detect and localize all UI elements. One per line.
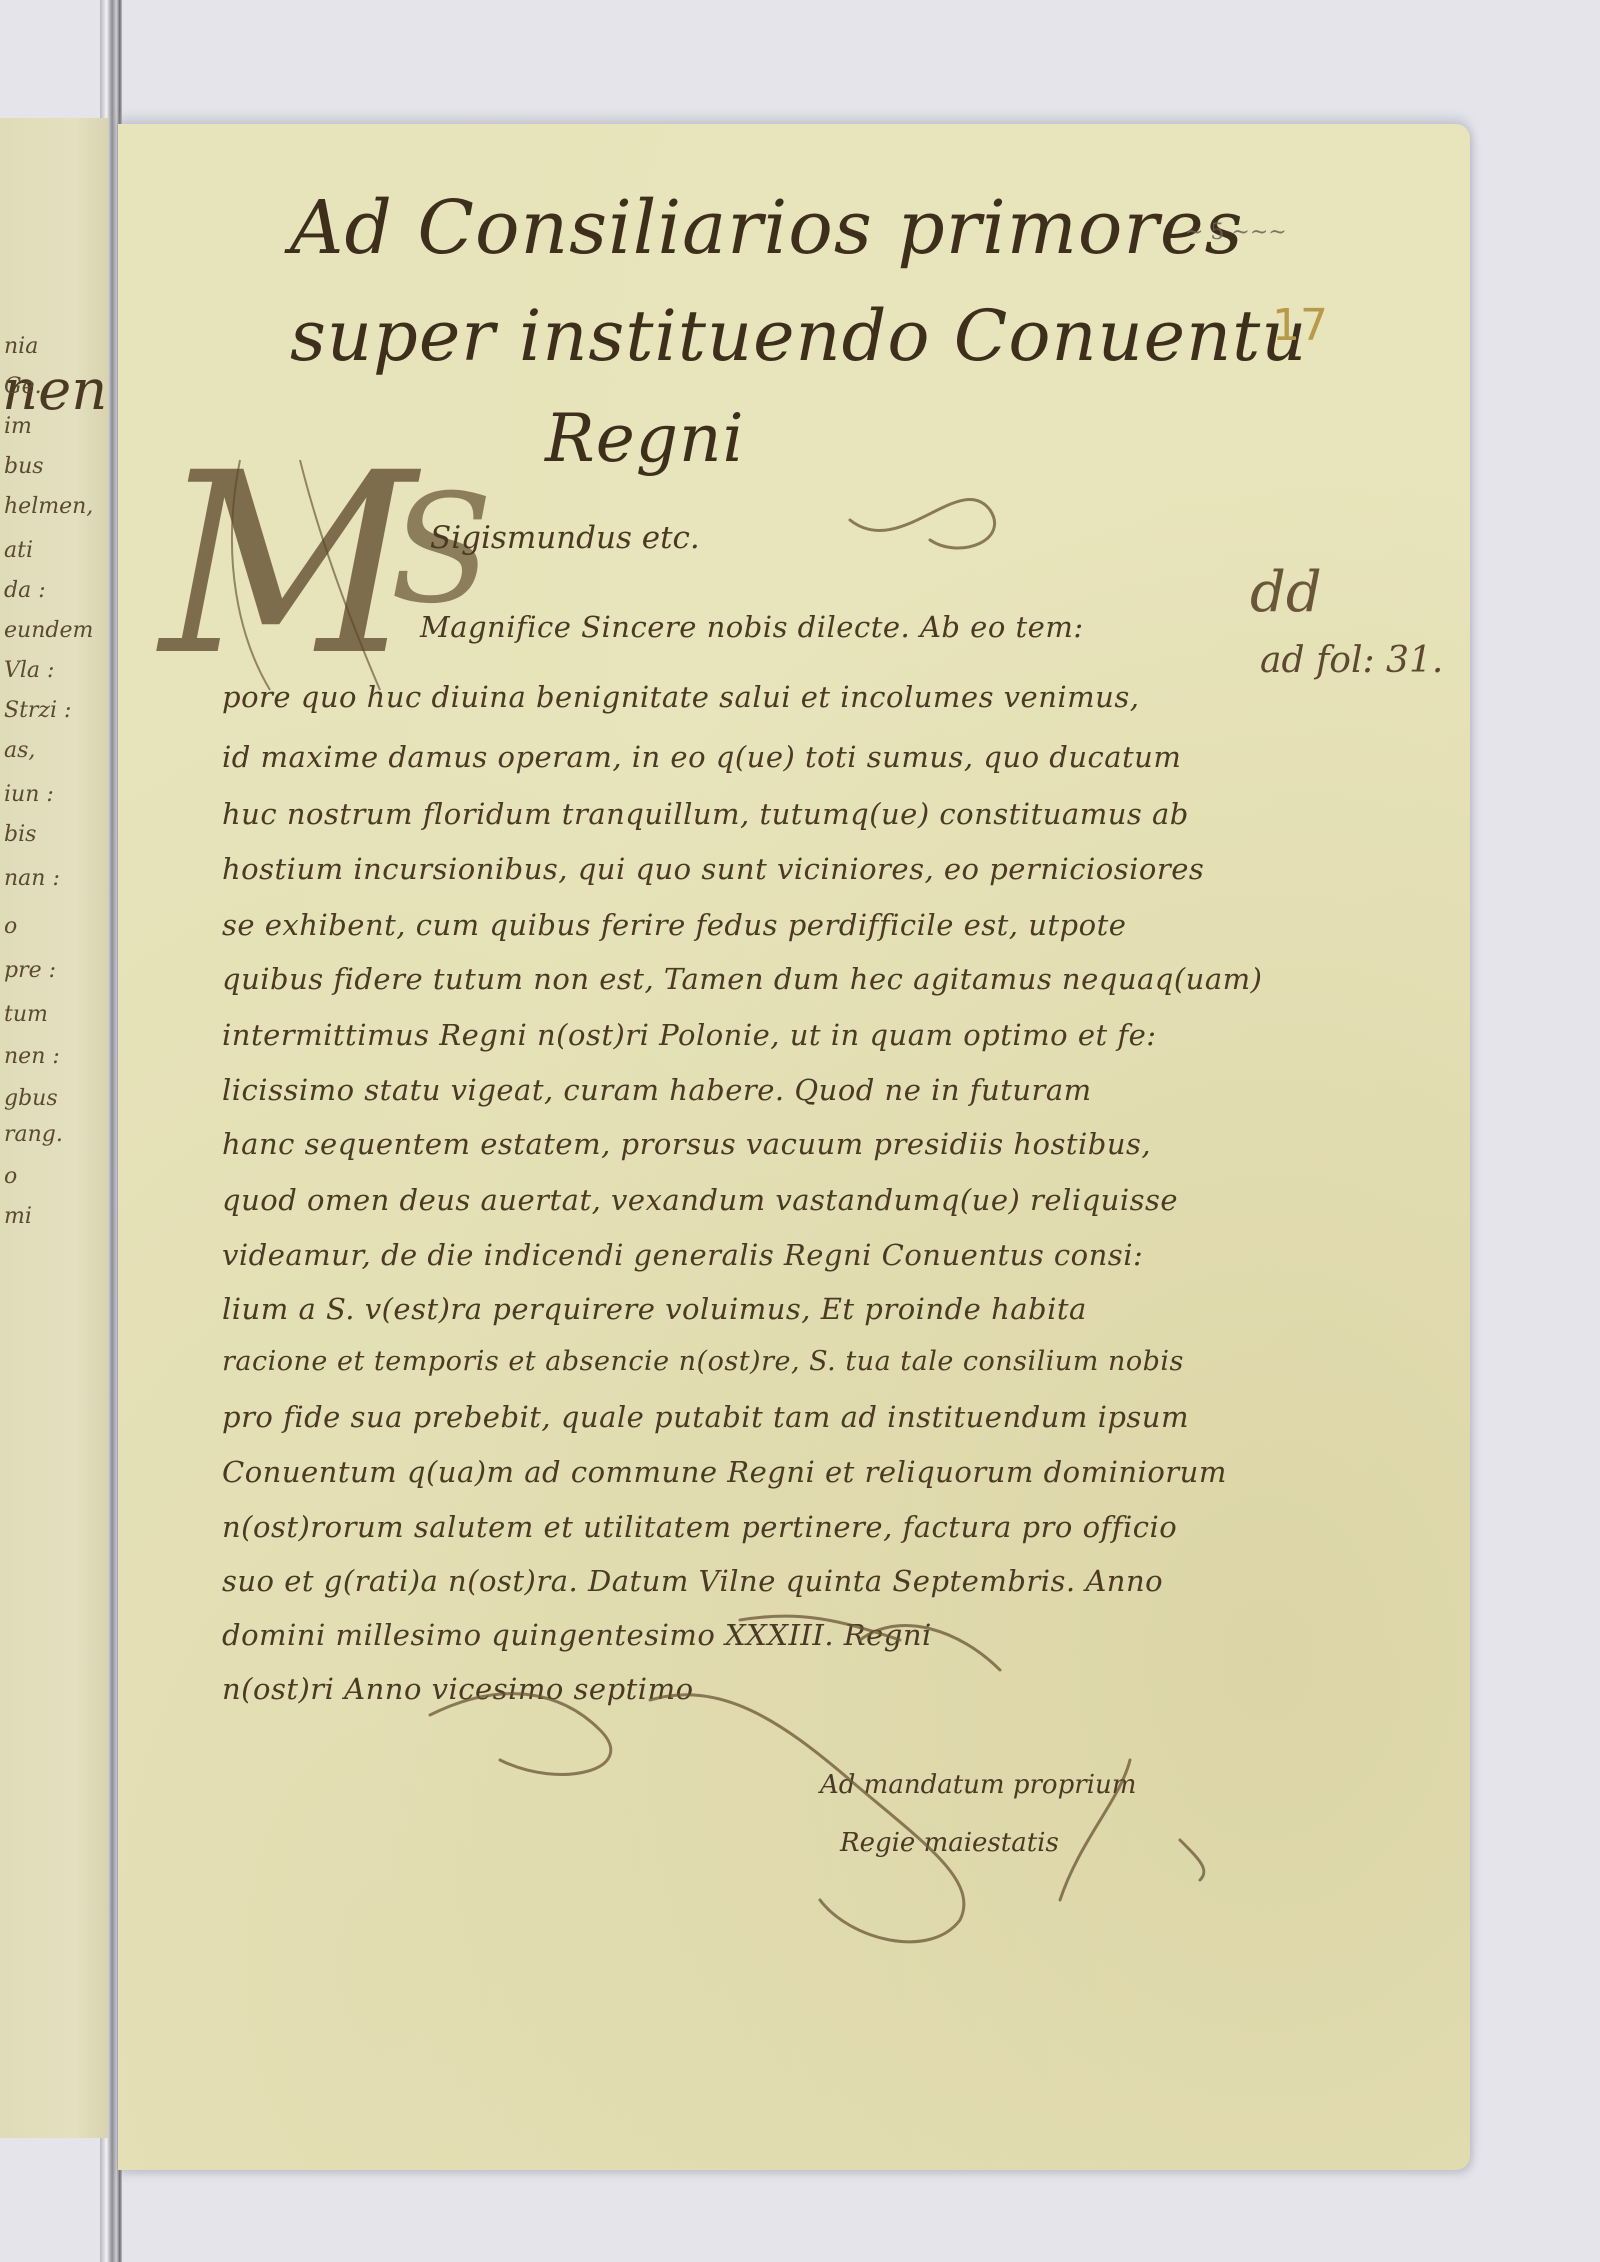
top-margin-smudge: ~ 5 ~~~ (1185, 220, 1287, 245)
left-page-line: nan : (4, 866, 60, 891)
left-page-line: ati (4, 538, 33, 563)
subscription-line-2: Regie maiestatis (840, 1828, 1059, 1858)
body-line: suo et g(rati)a n(ost)ra. Datum Vilne qu… (222, 1564, 1163, 1598)
body-line: pro fide sua prebebit, quale putabit tam… (222, 1400, 1189, 1434)
left-page-line: Ge. (4, 374, 42, 399)
left-page-line: o (4, 914, 17, 939)
body-line: quod omen deus auertat, vexandum vastand… (222, 1183, 1178, 1217)
body-line: hanc sequentem estatem, prorsus vacuum p… (222, 1127, 1151, 1161)
left-page-line: rang. (4, 1122, 63, 1147)
left-page-line: helmen, (4, 494, 93, 519)
left-page-line: Strzi : (4, 698, 71, 723)
left-page-line: tum (4, 1002, 48, 1027)
salutation: Sigismundus etc. (430, 520, 700, 556)
left-page-line: da : (4, 578, 46, 603)
left-page-line: eundem (4, 618, 93, 643)
body-line: intermittimus Regni n(ost)ri Polonie, ut… (222, 1018, 1157, 1052)
folio-number: 17 (1272, 300, 1328, 351)
subscription-line-1: Ad mandatum proprium (820, 1770, 1136, 1800)
body-line: pore quo huc diuina benignitate salui et… (222, 680, 1139, 714)
left-page-line: im (4, 414, 32, 439)
body-line: id maxime damus operam, in eo q(ue) toti… (222, 740, 1181, 774)
left-page-line: nen : (4, 1044, 60, 1069)
decorated-initial-m: M (160, 440, 416, 690)
left-page-line: mi (4, 1204, 32, 1229)
body-line: racione et temporis et absencie n(ost)re… (222, 1346, 1184, 1377)
body-line: n(ost)rorum salutem et utilitatem pertin… (222, 1510, 1177, 1544)
left-page-line: o (4, 1164, 17, 1189)
left-page-line: nia (4, 334, 38, 359)
left-page-line: as, (4, 738, 35, 763)
cross-reference-note: ad fol: 31. (1260, 640, 1443, 681)
body-line: licissimo statu vigeat, curam habere. Qu… (222, 1073, 1092, 1107)
body-line: hostium incursionibus, qui quo sunt vici… (222, 852, 1204, 886)
document-title-line-1: Ad Consiliarios primores (290, 185, 1244, 271)
left-page-line: bis (4, 822, 36, 847)
document-title-line-3: Regni (545, 400, 745, 477)
body-line: videamur, de die indicendi generalis Reg… (222, 1238, 1143, 1272)
cross-reference-mark: dd (1250, 560, 1322, 625)
left-facing-page: nen nia Ge. im bus helmen, ati da : eund… (0, 118, 108, 2138)
document-title-line-2: super instituendo Conuentu (290, 295, 1307, 377)
body-line: Conuentum q(ua)m ad commune Regni et rel… (222, 1455, 1227, 1489)
body-line: quibus fidere tutum non est, Tamen dum h… (222, 962, 1262, 996)
body-line: n(ost)ri Anno vicesimo septimo (222, 1672, 694, 1706)
body-line: lium a S. v(est)ra perquirere voluimus, … (222, 1292, 1087, 1326)
left-page-line: bus (4, 454, 44, 479)
left-page-line: Vla : (4, 658, 54, 683)
body-line: Magnifice Sincere nobis dilecte. Ab eo t… (420, 610, 1084, 644)
left-page-line: iun : (4, 782, 54, 807)
body-line: huc nostrum floridum tranquillum, tutumq… (222, 797, 1189, 831)
body-line: se exhibent, cum quibus ferire fedus per… (222, 908, 1126, 942)
body-line: domini millesimo quingentesimo XXXIII. R… (222, 1618, 932, 1652)
left-page-line: pre : (4, 958, 56, 983)
left-page-line: gbus (4, 1086, 58, 1111)
